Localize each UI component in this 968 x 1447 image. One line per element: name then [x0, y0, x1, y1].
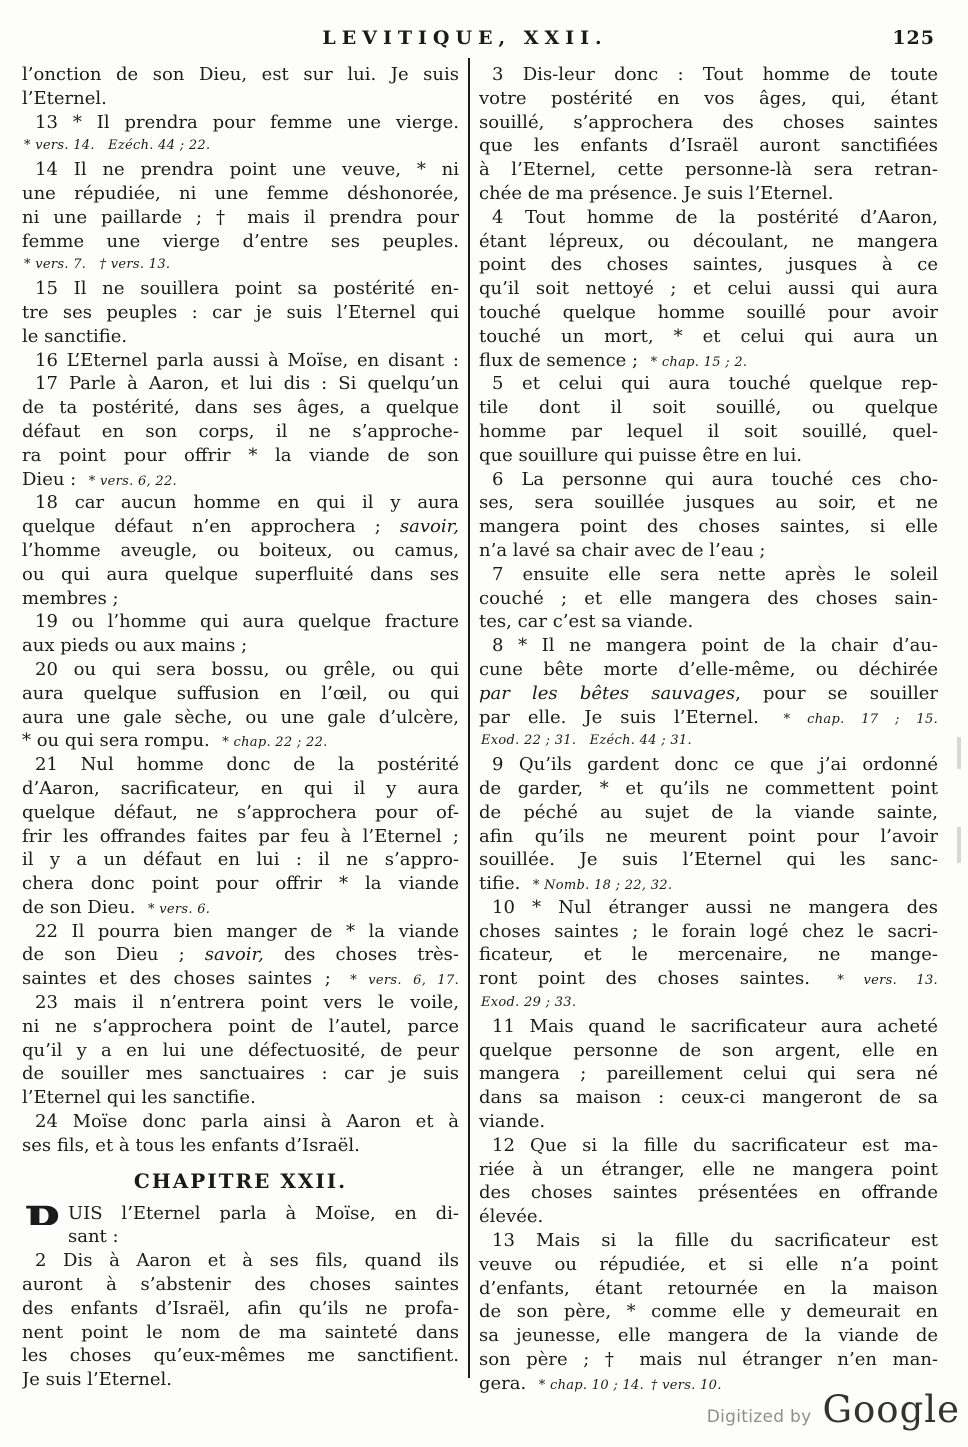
- verse-text-line: votre postérité en vos âges, qui, étant: [479, 87, 938, 111]
- verse-text-line: touché un mort, * et celui qui aura un: [479, 325, 938, 349]
- verse-text-line: sa jeunesse, elle mangera de la viande d…: [479, 1324, 938, 1348]
- verse-text-line: aux pieds ou aux mains ;: [22, 634, 459, 658]
- verse-text-line: que souillure qui puisse être en lui.: [479, 444, 938, 468]
- verse-text-line: 23 mais il n’entrera point vers le voile…: [22, 991, 459, 1015]
- verse-text-line: 4 Tout homme de la postérité d’Aaron,: [479, 206, 938, 230]
- digitized-by-label: Digitized by: [707, 1407, 812, 1427]
- verse-text-line: élevée.: [479, 1205, 938, 1229]
- verse-text-line: l’Eternel.: [22, 87, 459, 111]
- verse-text-line: ni ne s’approchera point de l’autel, par…: [22, 1015, 459, 1039]
- verse-text-line: mangera point des choses saintes, si ell…: [479, 515, 938, 539]
- verse-text-line: d’Aaron, sacrificateur, en qui il y aura: [22, 777, 459, 801]
- verse-text-line: de ta postérité, dans ses âges, a quelqu…: [22, 396, 459, 420]
- verse-text-line: 19 ou l’homme qui aura quelque fracture: [22, 610, 459, 634]
- verse-text-line: choses saintes ; le forain logé chez le …: [479, 920, 938, 944]
- verse-text-line: 3 Dis-leur donc : Tout homme de toute: [479, 63, 938, 87]
- verse-text-line: étant lépreux, ou découlant, ne mangera: [479, 230, 938, 254]
- verse-text-line: 5 et celui qui aura touché quelque rep-: [479, 372, 938, 396]
- verse-text-line: à l’Eternel, cette personne-là sera retr…: [479, 158, 938, 182]
- verse-text-line: nent point le nom de ma sainteté dans: [22, 1321, 459, 1345]
- google-logo-text: Google: [822, 1388, 960, 1431]
- verse-text-line: femme une vierge d’entre ses peuples.: [22, 230, 459, 254]
- verse-text-line: quelque défaut n’en approchera ; savoir,: [22, 515, 459, 539]
- verse-text-line: souillée. Je suis l’Eternel qui les sanc…: [479, 848, 938, 872]
- verse-text-line: aura une gale sèche, ou une gale d’ulcèr…: [22, 706, 459, 730]
- verse-text-line: auront à s’abstenir des choses saintes: [22, 1273, 459, 1297]
- verse-text-line: 13 * Il prendra pour femme une vierge.: [22, 111, 459, 135]
- verse-text-line: souillé, s’approchera des choses saintes: [479, 111, 938, 135]
- verse-text-line: ficateur, et le mercenaire, ne mange-: [479, 943, 938, 967]
- text-column-right: 3 Dis-leur donc : Tout homme de toutevot…: [479, 63, 938, 1396]
- verse-text-line: des choses saintes présentées en offrand…: [479, 1181, 938, 1205]
- google-watermark: Digitized by Google: [707, 1388, 960, 1431]
- page-number: 125: [892, 27, 935, 49]
- verse-text-line: riée à un étranger, elle ne mangera poin…: [479, 1158, 938, 1182]
- verse-text-line: * ou qui sera rompu. * chap. 22 ; 22.: [22, 729, 459, 753]
- verse-text-line: aura quelque suffusion en l’œil, ou qui: [22, 682, 459, 706]
- verse-text-line: ses fils, et à tous les enfants d’Israël…: [22, 1134, 459, 1158]
- verse-text-line: de souiller mes sanctuaires : car je sui…: [22, 1062, 459, 1086]
- verse-text-line: 8 * Il ne mangera point de la chair d’au…: [479, 634, 938, 658]
- verse-text-line: couché ; et elle mangera des choses sain…: [479, 587, 938, 611]
- verse-text-line: de son Dieu ; savoir, des choses très-: [22, 943, 459, 967]
- verse-text-line: dans sa maison : ceux-ci mangeront de sa: [479, 1086, 938, 1110]
- verse-text-line: afin qu’ils ne meurent point pour l’avoi…: [479, 825, 938, 849]
- verse-text-line: l’homme aveugle, ou boiteux, ou camus,: [22, 539, 459, 563]
- verse-text-line: 22 Il pourra bien manger de * la viande: [22, 920, 459, 944]
- verse-text-line: 20 ou qui sera bossu, ou grêle, ou qui: [22, 658, 459, 682]
- verse-text-line: 15 Il ne souillera point sa postérité en…: [22, 277, 459, 301]
- verse-text-line: 17 Parle à Aaron, et lui dis : Si quelqu…: [22, 372, 459, 396]
- verse-text-line: Dieu : * vers. 6, 22.: [22, 468, 459, 492]
- verse-text-line: 14 Il ne prendra point une veuve, * ni: [22, 158, 459, 182]
- page-title: LEVITIQUE, XXII.: [0, 27, 930, 49]
- verse-text-line: veuve ou répudiée, et si elle n’a point: [479, 1253, 938, 1277]
- verse-text-line: membres ;: [22, 587, 459, 611]
- verse-text-line: l’Eternel qui les sanctifie.: [22, 1086, 459, 1110]
- verse-text-line: 7 ensuite elle sera nette après le solei…: [479, 563, 938, 587]
- scan-artifact: [957, 827, 961, 863]
- verse-text-line: n’a lavé sa chair avec de l’eau ;: [479, 539, 938, 563]
- cross-reference-line: * vers. 7. † vers. 13.: [22, 253, 459, 277]
- verse-text-line: 11 Mais quand le sacrificateur aura ache…: [479, 1015, 938, 1039]
- verse-text-line: défaut en son corps, il ne s’approche-: [22, 420, 459, 444]
- verse-text-line: mangera ; pareillement celui qui sera né: [479, 1062, 938, 1086]
- verse-text-line: l’onction de son Dieu, est sur lui. Je s…: [22, 63, 459, 87]
- verse-text-line: 12 Que si la fille du sacrificateur est …: [479, 1134, 938, 1158]
- chapter-heading: CHAPITRE XXII.: [22, 1166, 459, 1196]
- verse-text-line: cune bête morte d’elle-même, ou déchirée: [479, 658, 938, 682]
- verse-text-line: il y a un défaut en lui : il ne s’appro-: [22, 848, 459, 872]
- verse-text-line: d’enfants, étant retournée en la maison: [479, 1277, 938, 1301]
- verse-text-line: 13 Mais si la fille du sacrificateur est: [479, 1229, 938, 1253]
- verse-text-line: les choses qu’eux-mêmes me sanctifient.: [22, 1344, 459, 1368]
- verse-text-line: 21 Nul homme donc de la postérité: [22, 753, 459, 777]
- drop-cap: P: [24, 1203, 59, 1226]
- text-column-left: l’onction de son Dieu, est sur lui. Je s…: [22, 63, 459, 1392]
- verse-text-line: chera donc point pour offrir * la viande: [22, 872, 459, 896]
- verse-text-line: ront point des choses saintes. * vers. 1…: [479, 967, 938, 991]
- verse-text-line: tre ses peuples : car je suis l’Eternel …: [22, 301, 459, 325]
- verse-text-line: qu’il y a en lui une défectuosité, de pe…: [22, 1039, 459, 1063]
- verse-text-line: 24 Moïse donc parla ainsi à Aaron et à: [22, 1110, 459, 1134]
- verse-text-line: 9 Qu’ils gardent donc ce que j’ai ordonn…: [479, 753, 938, 777]
- scan-artifact: [957, 737, 961, 769]
- verse-text-line: tes, car c’est sa viande.: [479, 610, 938, 634]
- verse-text-line: par les bêtes sauvages, pour se souiller: [479, 682, 938, 706]
- verse-text-line: de son père, * comme elle y demeurait en: [479, 1300, 938, 1324]
- verse-text-line: chée de ma présence. Je suis l’Eternel.: [479, 182, 938, 206]
- verse-text-line: par elle. Je suis l’Eternel. * chap. 17 …: [479, 706, 938, 730]
- verse-text-line: flux de semence ; * chap. 15 ; 2.: [479, 349, 938, 373]
- verse-text-line: touché quelque homme souillé pour avoir: [479, 301, 938, 325]
- verse-text-line: de péché au sujet de la viande sainte,: [479, 801, 938, 825]
- verse-text-line: viande.: [479, 1110, 938, 1134]
- verse-text-line: que les enfants d’Israël auront sanctifi…: [479, 134, 938, 158]
- scanned-book-page: LEVITIQUE, XXII. 125 l’onction de son Di…: [0, 0, 968, 1447]
- verse-text-line: Je suis l’Eternel.: [22, 1368, 459, 1392]
- verse-text-line: 6 La personne qui aura touché ces cho-: [479, 468, 938, 492]
- verse-text-line: des enfants d’Israël, afin qu’ils ne pro…: [22, 1297, 459, 1321]
- verse-text-line: qu’il soit nettoyé ; et celui aussi qui …: [479, 277, 938, 301]
- verse-text-line: ra point pour offrir * la viande de son: [22, 444, 459, 468]
- verse-text-line: quelque personne de son argent, elle en: [479, 1039, 938, 1063]
- verse-text-line: ou qui aura quelque superfluité dans ses: [22, 563, 459, 587]
- verse-text-line: tifie. * Nomb. 18 ; 22, 32.: [479, 872, 938, 896]
- verse-text-line: PUIS l’Eternel parla à Moïse, en di-: [22, 1202, 459, 1226]
- verse-text-line: tile dont il soit souillé, ou quelque: [479, 396, 938, 420]
- verse-text-line: ni une paillarde ; † mais il prendra pou…: [22, 206, 459, 230]
- column-divider: [468, 58, 470, 1378]
- verse-text-line: saintes et des choses saintes ; * vers. …: [22, 967, 459, 991]
- verse-text-line: 16 L’Eternel parla aussi à Moïse, en dis…: [22, 349, 459, 373]
- cross-reference-line: Exod. 29 ; 33.: [479, 991, 938, 1015]
- cross-reference-line: * vers. 14. Ezéch. 44 ; 22.: [22, 134, 459, 158]
- verse-text-line: son père ; † mais nul étranger n’en man-: [479, 1348, 938, 1372]
- verse-text-line: ses, sera souillée jusques au soir, et n…: [479, 491, 938, 515]
- verse-text-line: quelque défaut, ne s’approchera pour of-: [22, 801, 459, 825]
- verse-text-line: une répudiée, ni une femme déshonorée,: [22, 182, 459, 206]
- verse-text-line: de son Dieu. * vers. 6.: [22, 896, 459, 920]
- verse-text-line: point des choses saintes, jusques à ce: [479, 253, 938, 277]
- verse-text-line: 10 * Nul étranger aussi ne mangera des: [479, 896, 938, 920]
- verse-text-line: de garder, * et qu’ils ne commettent poi…: [479, 777, 938, 801]
- verse-text-line: 18 car aucun homme en qui il y aura: [22, 491, 459, 515]
- verse-text-line: le sanctifie.: [22, 325, 459, 349]
- verse-text-line: 2 Dis à Aaron et à ses fils, quand ils: [22, 1249, 459, 1273]
- verse-text-line: frir les offrandes faites par feu à l’Et…: [22, 825, 459, 849]
- verse-text-line: sant :: [22, 1225, 459, 1249]
- verse-text-line: homme par lequel il soit souillé, quel-: [479, 420, 938, 444]
- cross-reference-line: Exod. 22 ; 31. Ezéch. 44 ; 31.: [479, 729, 938, 753]
